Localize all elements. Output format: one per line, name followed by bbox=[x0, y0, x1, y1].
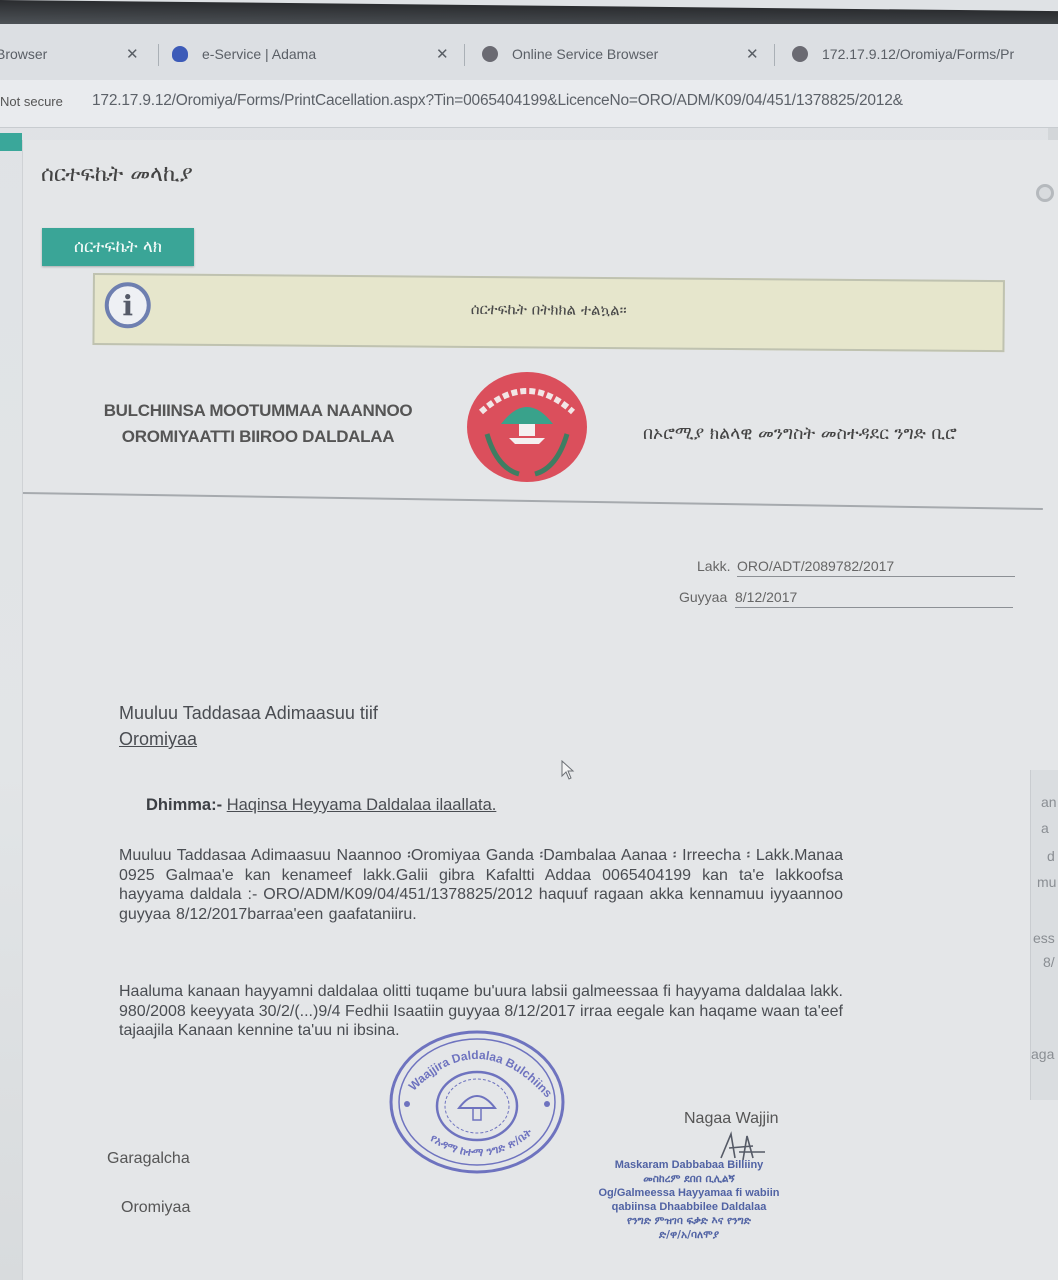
send-certificate-button[interactable]: ሰርተፍኬት ላክ bbox=[42, 228, 194, 266]
security-indicator[interactable]: Not secure bbox=[0, 94, 63, 109]
letter-paragraph-1: Muuluu Taddasaa Adimaasuu Naannoo ፡Oromi… bbox=[119, 846, 843, 924]
signatory-title-2: qabiinsa Dhaabbilee Daldalaa bbox=[589, 1200, 789, 1214]
globe-icon bbox=[482, 46, 498, 62]
mouse-cursor-icon bbox=[561, 760, 575, 780]
tab-separator bbox=[464, 44, 465, 66]
globe-icon bbox=[792, 46, 808, 62]
tab-separator bbox=[158, 44, 159, 66]
signatory-title-amharic-1: የንግድ ምዝገባ ፍቃድ እና የንግድ bbox=[589, 1214, 789, 1228]
tab-eservice-adama[interactable]: e-Service | Adama ✕ bbox=[172, 36, 316, 72]
copy-to-recipient: Oromiyaa bbox=[121, 1199, 190, 1217]
background-window-fragment: an a d mu ess 8/ aga bbox=[1030, 770, 1058, 1100]
reference-date-label: Guyyaa bbox=[679, 589, 727, 605]
signatory-name: Maskaram Dabbabaa Billiiny bbox=[589, 1158, 789, 1172]
spade-logo-icon bbox=[172, 46, 188, 62]
svg-text:የአዳማ ከተማ ንግድ ጽ/ቤት: የአዳማ ከተማ ንግድ ጽ/ቤት bbox=[428, 1125, 535, 1159]
reference-number-label: Lakk. bbox=[697, 558, 730, 574]
letterhead-oromo: BULCHIINSA MOOTUMMAA NAANNOO OROMIYAATTI… bbox=[63, 398, 453, 450]
tab-title: 172.17.9.12/Oromiya/Forms/Pr bbox=[822, 46, 1014, 62]
tab-title: Browser bbox=[0, 46, 47, 62]
addressee: Muuluu Taddasaa Adimaasuu tiif Oromiyaa bbox=[119, 700, 378, 752]
reference-number: Lakk. ORO/ADT/2089782/2017 bbox=[697, 558, 730, 574]
modal-title: ሰርተፍኬት መላኪያ bbox=[41, 162, 193, 187]
signatory-name-amharic: መስከረም ደበበ ቢሊልኝ bbox=[589, 1172, 789, 1186]
page-header-accent bbox=[0, 133, 22, 151]
letterhead-line-1: BULCHIINSA MOOTUMMAA NAANNOO bbox=[63, 398, 453, 424]
addressee-region: Oromiyaa bbox=[119, 726, 378, 752]
official-stamp: Waajjira Daldalaa Bulchiinsa Magaalaa Ad… bbox=[387, 1026, 567, 1176]
reference-date-value: 8/12/2017 bbox=[735, 589, 1013, 608]
screen: Browser ✕ e-Service | Adama ✕ Online Ser… bbox=[0, 0, 1058, 1280]
tab-print-cancellation[interactable]: 172.17.9.12/Oromiya/Forms/Pr bbox=[792, 36, 1014, 72]
letterhead-line-2: OROMIYAATTI BIIROO DALDALAA bbox=[63, 424, 453, 450]
url-field[interactable]: 172.17.9.12/Oromiya/Forms/PrintCacellati… bbox=[92, 92, 903, 110]
success-alert: i ሰርተፍኬት በትክክል ተልኳል። bbox=[92, 273, 1005, 352]
letter-subject: Dhimma:- Haqinsa Heyyama Daldalaa ilaall… bbox=[146, 796, 496, 815]
addressee-name: Muuluu Taddasaa Adimaasuu tiif bbox=[119, 700, 378, 726]
tab-close-icon[interactable]: ✕ bbox=[746, 45, 759, 63]
svg-text:Waajjira Daldalaa Bulchiinsa M: Waajjira Daldalaa Bulchiinsa Magaalaa Ad… bbox=[387, 1026, 555, 1100]
copy-to-label: Garagalcha bbox=[107, 1150, 190, 1168]
tab-separator bbox=[774, 44, 775, 66]
alert-message: ሰርተፍኬት በትክክል ተልኳል። bbox=[95, 297, 1003, 322]
subject-label: Dhimma:- bbox=[146, 796, 222, 814]
signatory-stamp: Maskaram Dabbabaa Billiiny መስከረም ደበበ ቢሊል… bbox=[589, 1158, 789, 1242]
address-bar[interactable]: Not secure 172.17.9.12/Oromiya/Forms/Pri… bbox=[0, 80, 1058, 128]
tab-title: e-Service | Adama bbox=[202, 46, 316, 62]
tab-title: Online Service Browser bbox=[512, 46, 658, 62]
reference-number-value: ORO/ADT/2089782/2017 bbox=[737, 558, 1015, 577]
tab-close-icon[interactable]: ✕ bbox=[126, 45, 139, 63]
tab-online-service-browser[interactable]: Online Service Browser ✕ bbox=[482, 36, 658, 72]
letterhead-divider bbox=[23, 492, 1043, 510]
tab-close-icon[interactable]: ✕ bbox=[436, 45, 449, 63]
reference-date: Guyyaa 8/12/2017 bbox=[679, 589, 727, 605]
subject-text: Haqinsa Heyyama Daldalaa ilaallata. bbox=[227, 796, 497, 814]
close-icon[interactable] bbox=[1036, 184, 1054, 202]
signatory-title-amharic-2: ድ/ዋ/አ/ባለሞያ bbox=[589, 1228, 789, 1242]
letterhead-amharic: በኦሮሚያ ክልላዊ መንግስት መስተዳደር ንግድ ቢሮ bbox=[643, 424, 957, 444]
browser-tab-bar: Browser ✕ e-Service | Adama ✕ Online Ser… bbox=[0, 24, 1058, 80]
signatory-title-1: Og/Galmeessa Hayyamaa fi wabiin bbox=[589, 1186, 789, 1200]
oromia-emblem-logo bbox=[467, 372, 587, 482]
tab-browser[interactable]: Browser ✕ bbox=[0, 36, 47, 72]
closing-salutation: Nagaa Wajjin bbox=[684, 1110, 779, 1128]
certificate-send-modal: ሰርተፍኬት መላኪያ ሰርተፍኬት ላክ i ሰርተፍኬት በትክክል ተልኳ… bbox=[22, 140, 1058, 1280]
